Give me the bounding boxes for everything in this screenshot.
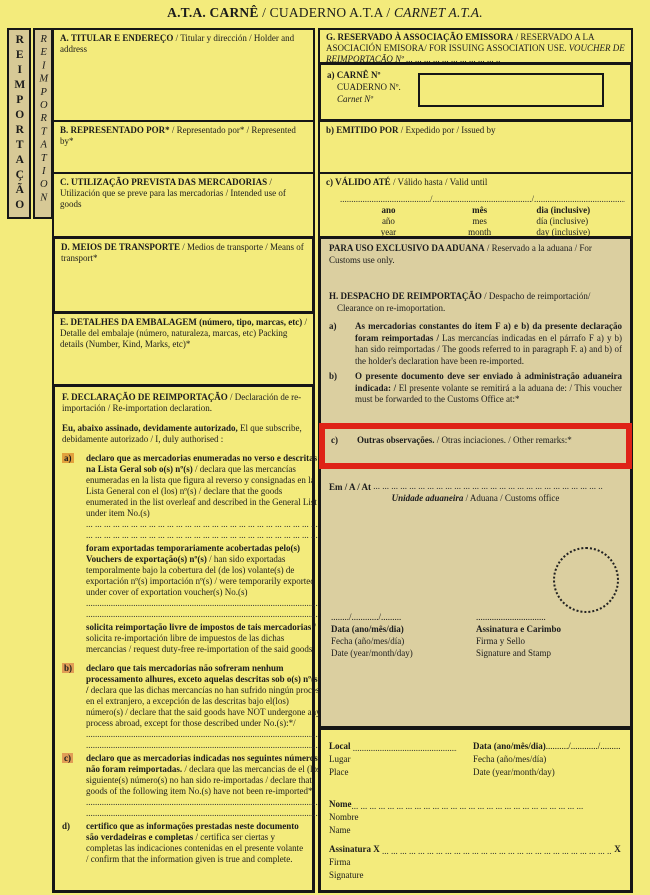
h-c-rest: / Otras inciaciones. / Other remarks:* (435, 435, 572, 445)
customs-place-line: Em / A / At ... ... ... ... ... ... ... … (329, 481, 622, 503)
dotted-line: ... ... ... ... ... ... ... ... ... ... … (86, 530, 325, 541)
h-item-b: b) O presente documento deve ser enviado… (329, 371, 622, 406)
customs-office-label: Unidade aduaneira / Aduana / Customs off… (329, 493, 622, 503)
customs-signature-block: ............................... Assinatu… (476, 611, 626, 659)
customs-office-pt: Unidade aduaneira (392, 493, 464, 503)
year-es: año (340, 216, 437, 227)
f-item-b-text: declaro que tais mercadorias não sofrera… (86, 663, 325, 729)
customs-office-rest: / Aduana / Customs office (463, 493, 559, 503)
other-remarks-highlight: c) Outras observações. / Otras inciacion… (319, 423, 632, 469)
section-g-association: G. RESERVADO À ASSOCIAÇÃO EMISSORA / RES… (318, 28, 633, 64)
section-e-title: E. DETALHES DA EMBALAGEM (número, tipo, … (60, 317, 302, 327)
customs-date-en: Date (year/month/day) (331, 647, 471, 659)
f-item-b-label: b) (62, 663, 74, 673)
title-pt: A.T.A. CARNÊ (167, 5, 258, 20)
section-f-title: F. DECLARAÇÃO DE REIMPORTAÇÃO (62, 392, 228, 402)
ribbon-reimportacao: REIMPORTAÇÃO (7, 28, 31, 219)
section-a-title: A. TITULAR E ENDEREÇO (60, 33, 173, 43)
valid-until-subtitle: / Válido hasta / Valid until (391, 177, 488, 187)
issued-by-subtitle: / Expedido por / Issued by (399, 125, 496, 135)
section-f-header: F. DECLARAÇÃO DE REIMPORTAÇÃO / Declarac… (62, 392, 305, 414)
customs-signature-dots: ............................... (476, 611, 626, 623)
section-e-packing: E. DETALHES DA EMBALAGEM (número, tipo, … (52, 312, 315, 386)
f-item-b: b) declaro que tais mercadorias não sofr… (62, 663, 305, 751)
name-label: Nome (329, 799, 352, 809)
dotted-line: ........................................… (86, 729, 325, 740)
h-item-c-text: Outras observações. / Otras inciaciones.… (357, 435, 620, 447)
h-item-a-text: As mercadorias constantes do item F a) e… (355, 321, 622, 367)
customs-date-pt: Data (ano/mês/dia) (331, 623, 471, 635)
f-item-c-text: declaro que as mercadorias indicadas nos… (86, 753, 325, 797)
dotted-line: ... ... ... ... ... ... ... ... ... ... … (352, 800, 617, 811)
stamp-circle (553, 547, 619, 613)
f-item-a3-text: solicita reimportação livre de impostos … (86, 622, 325, 655)
h-item-c: c) Outras observações. / Otras inciacion… (331, 435, 620, 447)
customs-title: PARA USO EXCLUSIVO DA ADUANA (329, 243, 485, 253)
section-c-header: C. UTILIZAÇÃO PREVISTA DAS MERCADORIAS /… (54, 174, 313, 213)
signature-x: X (614, 844, 621, 854)
dotted-line: ........................................… (86, 797, 325, 808)
carne-number-cell: a) CARNÊ Nº CUADERNO Nº. Carnet Nº (318, 62, 633, 122)
ribbon-reimportacao-text: REIMPORTAÇÃO (13, 34, 25, 214)
valid-until-day-col: dia (inclusive) día (inclusive) day (inc… (522, 205, 625, 238)
bottom-date-block: Data (ano/mês/dia)........../...........… (473, 740, 622, 779)
f-item-d-label: d) (62, 821, 70, 831)
local-block: Local ..................................… (329, 740, 469, 779)
local-en: Place (329, 766, 469, 779)
name-en: Name (329, 824, 622, 837)
valid-until-date-line: ........................................… (326, 194, 625, 205)
h-b-rest: El presente volante se remitirá a la adu… (355, 383, 622, 405)
section-d-transport: D. MEIOS DE TRANSPORTE / Medios de trans… (52, 236, 315, 314)
h-item-a-label: a) (329, 321, 355, 367)
section-b-title: B. REPRESENTADO POR* (60, 125, 170, 135)
section-h-title: H. DESPACHO DE REIMPORTAÇÃO (329, 291, 482, 301)
f-item-a-label: a) (62, 453, 74, 463)
section-b-issued-by: b) EMITIDO POR / Expedido por / Issued b… (318, 120, 633, 174)
f-item-a2-text: foram exportadas temporariamente acobert… (86, 543, 325, 598)
ribbon-reimportation: REIMPORTATION (33, 28, 53, 219)
customs-panel: PARA USO EXCLUSIVO DA ADUANA / Reservado… (318, 236, 633, 729)
f-item-c-label: c) (62, 753, 73, 763)
f-item-c: c) declaro que as mercadorias indicadas … (62, 753, 305, 819)
name-block: Nome... ... ... ... ... ... ... ... ... … (329, 798, 622, 837)
carne-number-box (418, 73, 604, 107)
place-label: Em / A / At (329, 482, 371, 492)
dotted-line: ........................................… (86, 808, 325, 819)
bottom-date-es: Fecha (año/mes/día) (473, 753, 622, 766)
section-h-subtitle: / Despacho de reimportación/ (482, 291, 590, 301)
f-a3-bold: solicita reimportação livre de impostos … (86, 622, 311, 632)
customs-date-es: Fecha (año/mes/día) (331, 635, 471, 647)
section-d-title: D. MEIOS DE TRANSPORTE (61, 242, 180, 252)
dotted-line: ... ... ... ... ... ... ... ... ... ... … (86, 519, 325, 530)
local-label: Local (329, 741, 351, 751)
f-item-a1-text: declaro que as mercadorias enumeradas no… (86, 453, 325, 519)
title-fr: CARNET A.T.A. (394, 5, 483, 20)
section-h-line2: Clearance on re-imoportation. (329, 303, 622, 315)
f-b-rest: declara que las dichas mercancías no han… (86, 685, 324, 728)
dotted-line: ........................................… (86, 740, 325, 751)
f-item-d-text: certifico que as informações prestadas n… (86, 821, 305, 865)
issued-by-header: b) EMITIDO POR / Expedido por / Issued b… (320, 122, 631, 139)
day-es: día (inclusive) (536, 216, 625, 227)
section-c-intended-use: C. UTILIZAÇÃO PREVISTA DAS MERCADORIAS /… (52, 172, 315, 238)
customs-signature-pt: Assinatura e Carimbo (476, 623, 626, 635)
signature-label: Assinatura X (329, 844, 380, 854)
local-es: Lugar (329, 753, 469, 766)
signature-block: Assinatura X ... ... ... ... ... ... ...… (329, 843, 622, 882)
h-item-b-text: O presente documento deve ser enviado à … (355, 371, 622, 406)
valid-until-header: c) VÁLIDO ATÉ / Válido hasta / Valid unt… (326, 177, 625, 188)
page-title: A.T.A. CARNÊ / CUADERNO A.T.A / CARNET A… (0, 5, 650, 21)
section-f-intro: Eu, abaixo assinado, devidamente autoriz… (62, 423, 305, 445)
year-pt: ano (340, 205, 437, 216)
dotted-line: ... ... ... ... ... ... ... ... ... ... … (382, 845, 612, 856)
customs-signature-en: Signature and Stamp (476, 647, 626, 659)
month-pt: mês (437, 205, 523, 216)
dotted-line: ........................................… (353, 742, 457, 753)
section-f-declaration: F. DECLARAÇÃO DE REIMPORTAÇÃO / Declarac… (52, 384, 315, 893)
section-a-holder: A. TITULAR E ENDEREÇO / Titular y direcc… (52, 28, 315, 122)
bottom-date-label: Data (ano/mês/dia) (473, 741, 546, 751)
name-es: Nombre (329, 811, 622, 824)
valid-until-cell: c) VÁLIDO ATÉ / Válido hasta / Valid unt… (318, 172, 633, 238)
h-item-c-label: c) (331, 435, 357, 447)
section-g-title: G. RESERVADO À ASSOCIAÇÃO EMISSORA (326, 32, 513, 42)
ribbon-reimportation-text: REIMPORTATION (38, 34, 49, 206)
section-d-header: D. MEIOS DE TRANSPORTE / Medios de trans… (55, 239, 312, 267)
title-es: / CUADERNO A.T.A / (259, 5, 394, 20)
f-intro-bold: Eu, abaixo assinado, devidamente autoriz… (62, 423, 238, 433)
section-e-header: E. DETALHES DA EMBALAGEM (número, tipo, … (54, 314, 313, 353)
section-h-header: H. DESPACHO DE REIMPORTAÇÃO / Despacho d… (329, 291, 622, 314)
h-item-a: a) As mercadorias constantes do item F a… (329, 321, 622, 367)
valid-until-year-col: ano año year (340, 205, 437, 238)
section-c-title: C. UTILIZAÇÃO PREVISTA DAS MERCADORIAS (60, 177, 267, 187)
issued-by-title: b) EMITIDO POR (326, 125, 399, 135)
dotted-line: ........................................… (86, 598, 325, 609)
f-item-d: d) certifico que as informações prestada… (62, 821, 305, 865)
holder-signature-panel: Local ..................................… (318, 727, 633, 893)
bottom-date-en: Date (year/month/day) (473, 766, 622, 779)
valid-until-month-col: mês mes month (437, 205, 523, 238)
h-item-b-label: b) (329, 371, 355, 406)
dotted-line: ... ... ... ... ... ... ... ... ... ... … (373, 481, 603, 492)
customs-date-dots: ......../............/......... (331, 611, 471, 623)
customs-header: PARA USO EXCLUSIVO DA ADUANA / Reservado… (329, 243, 622, 266)
signature-es: Firma (329, 856, 622, 869)
customs-signature-es: Firma y Sello (476, 635, 626, 647)
section-a-header: A. TITULAR E ENDEREÇO / Titular y direcc… (54, 30, 313, 58)
signature-en: Signature (329, 869, 622, 882)
section-b-represented: B. REPRESENTADO POR* / Representado por*… (52, 120, 315, 174)
dotted-line: ........................................… (86, 609, 325, 620)
dotted-line: ... ... ... ... ... ... ... ... ... ... … (355, 411, 610, 422)
h-c-bold: Outras observações. (357, 435, 435, 445)
customs-date-block: ......../............/......... Data (an… (331, 611, 471, 659)
f-item-a: a) declaro que as mercadorias enumeradas… (62, 453, 305, 655)
valid-until-columns: ano año year mês mes month dia (inclusiv… (326, 205, 625, 238)
month-es: mes (437, 216, 523, 227)
day-pt: dia (inclusive) (536, 205, 625, 216)
section-b-header: B. REPRESENTADO POR* / Representado por*… (54, 122, 313, 150)
bottom-date-dots: ........../............/......... (546, 741, 621, 751)
valid-until-title: c) VÁLIDO ATÉ (326, 177, 391, 187)
